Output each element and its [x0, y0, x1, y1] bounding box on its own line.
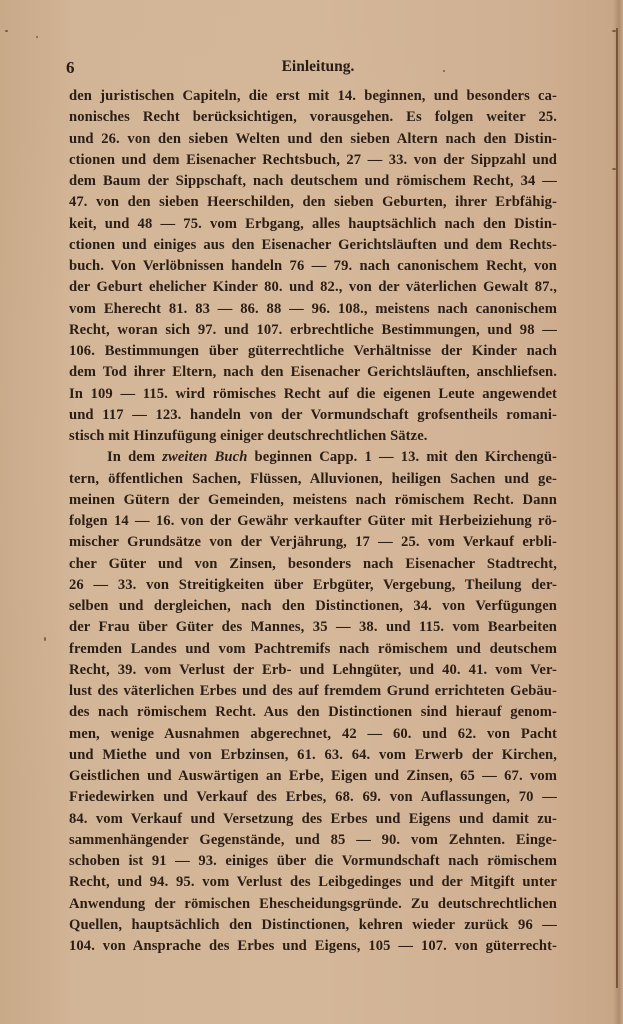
- text-line: cher Güter und von Zinsen, besonders nac…: [69, 554, 557, 575]
- text-line: ctionen und einiges aus den Eisenacher G…: [69, 235, 557, 256]
- text-line: Geistlichen und Auswärtigen an Erbe, Eig…: [69, 766, 557, 787]
- text-line: Recht, woran sich 97. und 107. erbrechtl…: [69, 320, 557, 341]
- text-line: der Geburt ehelicher Kinder 80. und 82.,…: [69, 277, 557, 298]
- italic-book-title: zweiten Buch: [162, 449, 247, 465]
- paper-speck: [612, 30, 616, 32]
- text-line: schoben ist 91 — 93. einiges über die Vo…: [69, 851, 557, 872]
- text-line: den juristischen Capiteln, die erst mit …: [69, 86, 557, 107]
- text-line: der Frau über Güter des Mannes, 35 — 38.…: [69, 617, 557, 638]
- text-line: Quellen, hauptsächlich den Distinctionen…: [69, 915, 557, 936]
- text-line: fremden Landes und vom Pachtremifs nach …: [69, 639, 557, 660]
- text-line: des nach römischem Recht. Aus den Distin…: [69, 702, 557, 723]
- text-line: Friedewirken und Verkauf des Erbes, 68. …: [69, 787, 557, 808]
- text-line: men, wenige Ausnahmen abgerechnet, 42 — …: [69, 724, 557, 745]
- paper-speck: [612, 168, 616, 170]
- body-text: den juristischen Capiteln, die erst mit …: [69, 86, 557, 957]
- text-line: dem Tod ihrer Eltern, nach den Eisenache…: [69, 362, 557, 383]
- text-line: 104. von Ansprache des Erbes und Eigens,…: [69, 936, 557, 957]
- text-line: 26 — 33. von Streitigkeiten über Erbgüte…: [69, 575, 557, 596]
- text-line: Recht, und 94. 95. vom Verlust des Leibg…: [69, 872, 557, 893]
- text-line: ctionen und dem Eisenacher Rechtsbuch, 2…: [69, 150, 557, 171]
- paper-speck: [5, 30, 8, 32]
- text-span: In dem: [107, 449, 162, 465]
- page-header: 6 Einleitung.: [66, 58, 558, 80]
- text-line: und 117 — 123. handeln von der Vormundsc…: [69, 405, 557, 426]
- text-line: nonisches Recht berücksichtigen, vorausg…: [69, 107, 557, 128]
- text-line: 47. von den sieben Heerschilden, den sie…: [69, 192, 557, 213]
- text-line: In 109 — 115. wird römisches Recht auf d…: [69, 384, 557, 405]
- paper-speck: [36, 36, 38, 38]
- text-line: meinen Gütern der Gemeinden, meistens na…: [69, 490, 557, 511]
- text-line: folgen 14 — 16. von der Gewähr verkaufte…: [69, 511, 557, 532]
- text-span: beginnen Capp. 1 — 13. mit den Kirchengü…: [247, 449, 557, 465]
- page-edge-line: [616, 28, 618, 988]
- text-line: Anwendung der römischen Ehescheidungsgrü…: [69, 894, 557, 915]
- text-line: und 26. von den sieben Welten und den si…: [69, 129, 557, 150]
- text-line: mischer Grundsätze von der Verjährung, 1…: [69, 532, 557, 553]
- paragraph-start-line: In dem zweiten Buch beginnen Capp. 1 — 1…: [69, 447, 557, 468]
- text-line: keit, und 48 — 75. vom Erbgang, alles ha…: [69, 214, 557, 235]
- text-line: 84. vom Verkauf und Versetzung des Erbes…: [69, 809, 557, 830]
- page-edge-shadow: [613, 0, 623, 1024]
- text-line: und Miethe und von Erbzinsen, 61. 63. 64…: [69, 745, 557, 766]
- text-line: Recht, 39. vom Verlust der Erb- und Lehn…: [69, 660, 557, 681]
- text-line: stisch mit Hinzufügung einiger deutschre…: [69, 426, 557, 447]
- text-line: selben und dergleichen, nach den Distinc…: [69, 596, 557, 617]
- text-line: tern, öffentlichen Sachen, Flüssen, Allu…: [69, 469, 557, 490]
- text-line: buch. Von Verlöbnissen handeln 76 — 79. …: [69, 256, 557, 277]
- book-page: 6 Einleitung. den juristischen Capiteln,…: [0, 0, 623, 1024]
- text-line: vom Eherecht 81. 83 — 86. 88 — 96. 108.,…: [69, 299, 557, 320]
- paper-speck: [44, 637, 46, 641]
- text-line: dem Baum der Sippschaft, nach deutschem …: [69, 171, 557, 192]
- running-head: Einleitung.: [66, 58, 558, 76]
- text-line: 106. Bestimmungen über güterrechtliche V…: [69, 341, 557, 362]
- text-line: lust des väterlichen Erbes und des auf f…: [69, 681, 557, 702]
- text-line: sammenhängender Gegenstände, und 85 — 90…: [69, 830, 557, 851]
